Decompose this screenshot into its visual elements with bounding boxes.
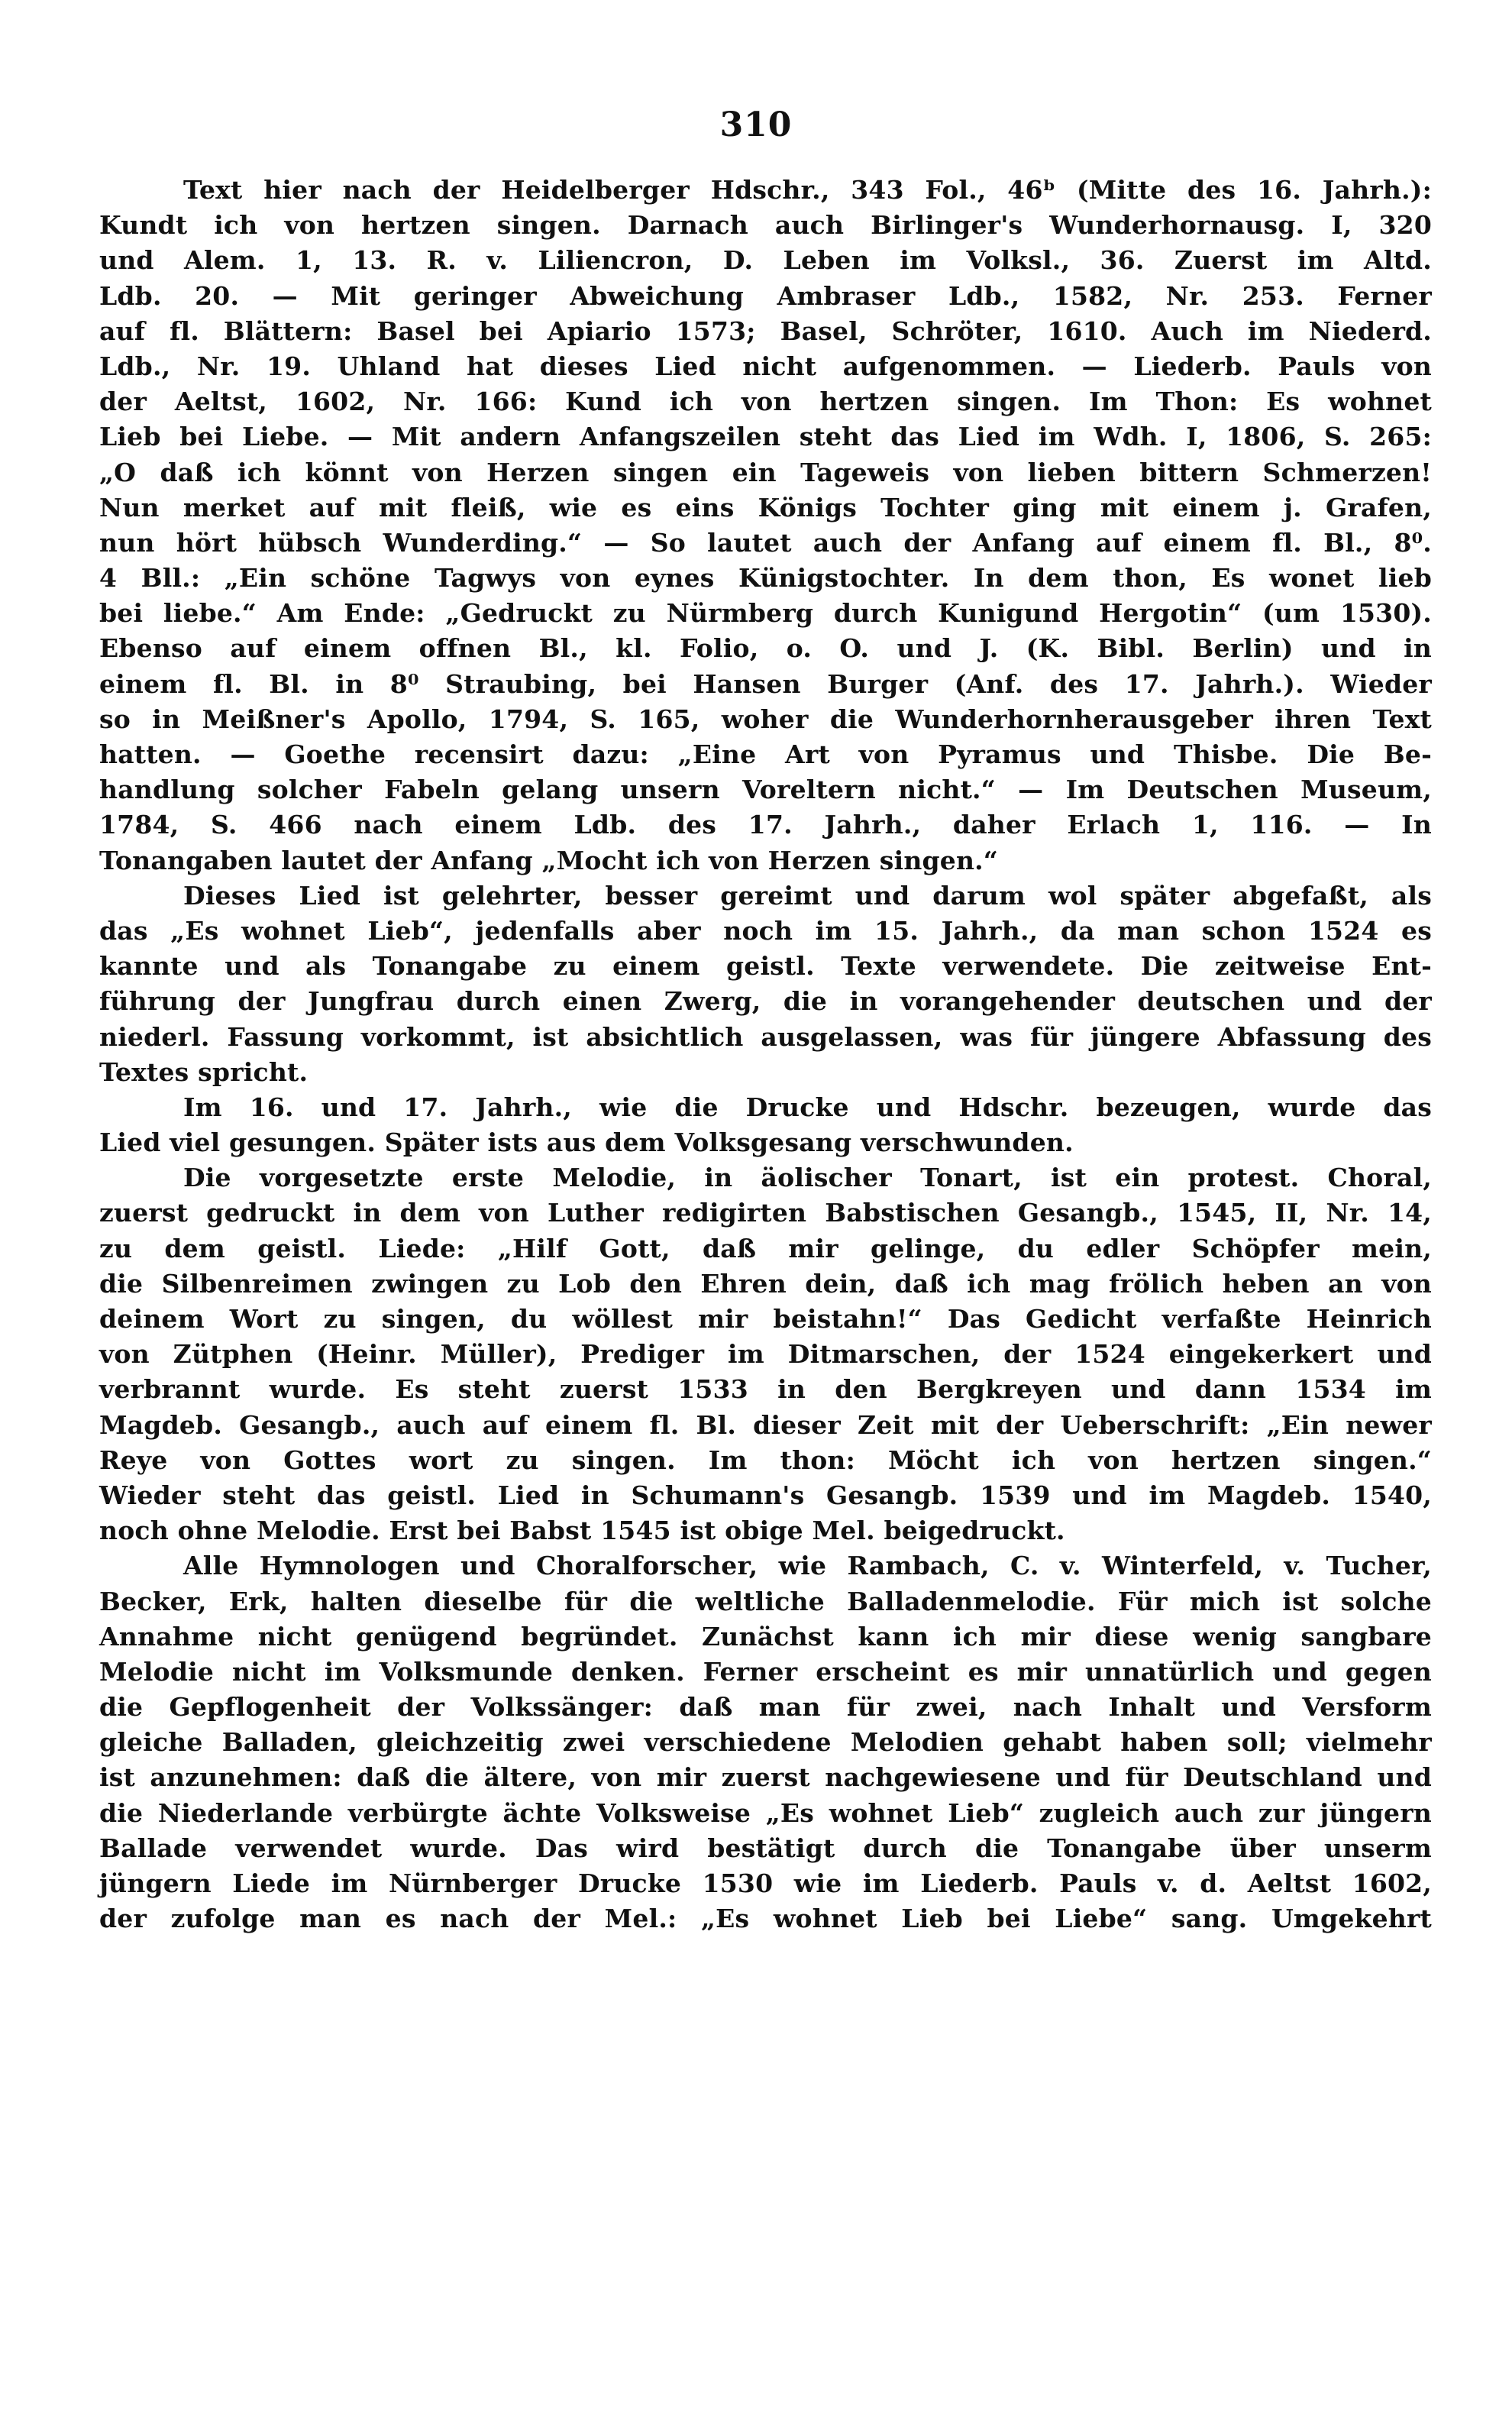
text-line: nun hört hübsch Wunderding.“ — So lautet… [99,526,1432,561]
text-line: Wieder steht das geistl. Lied in Schuman… [99,1478,1432,1513]
text-line: das „Es wohnet Lieb“, jedenfalls aber no… [99,914,1432,949]
text-line: Nun merket auf mit fleiß, wie es eins Kö… [99,490,1432,526]
text-line: kannte und als Tonangabe zu einem geistl… [99,949,1432,984]
text-line: Becker, Erk, halten dieselbe für die wel… [99,1584,1432,1619]
body-text: Text hier nach der Heidelberger Hdschr.,… [99,173,1432,1936]
text-line: noch ohne Melodie. Erst bei Babst 1545 i… [99,1513,1432,1548]
text-line: von Zütphen (Heinr. Müller), Prediger im… [99,1337,1432,1372]
text-line: Kundt ich von hertzen singen. Darnach au… [99,208,1432,243]
text-line: der Aeltst, 1602, Nr. 166: Kund ich von … [99,384,1432,419]
text-line: die Silbenreimen zwingen zu Lob den Ehre… [99,1267,1432,1302]
text-line: hatten. — Goethe recensirt dazu: „Eine A… [99,737,1432,772]
text-line: der zufolge man es nach der Mel.: „Es wo… [99,1901,1432,1936]
paragraph-hymnologists: Alle Hymnologen und Choralforscher, wie … [99,1548,1432,1936]
text-line: die Niederlande verbürgte ächte Volkswei… [99,1796,1432,1831]
paragraph-sources: Text hier nach der Heidelberger Hdschr.,… [99,173,1432,878]
text-line: Dieses Lied ist gelehrter, besser gereim… [99,878,1432,914]
text-line: niederl. Fassung vorkommt, ist absichtli… [99,1020,1432,1055]
paragraph-melody: Die vorgesetzte erste Melodie, in äolisc… [99,1160,1432,1548]
text-line: Tonangaben lautet der Anfang „Mocht ich … [99,843,1432,878]
text-line: deinem Wort zu singen, du wöllest mir be… [99,1302,1432,1337]
text-line: „O daß ich könnt von Herzen singen ein T… [99,455,1432,490]
text-line: jüngern Liede im Nürnberger Drucke 1530 … [99,1866,1432,1901]
text-line: Reye von Gottes wort zu singen. Im thon:… [99,1443,1432,1478]
text-line: Lied viel gesungen. Später ists aus dem … [99,1125,1432,1160]
text-line: führung der Jungfrau durch einen Zwerg, … [99,984,1432,1019]
text-line: einem fl. Bl. in 8⁰ Straubing, bei Hanse… [99,667,1432,702]
text-line: auf fl. Blättern: Basel bei Apiario 1573… [99,314,1432,349]
text-line: ist anzunehmen: daß die ältere, von mir … [99,1760,1432,1795]
text-line: gleiche Balladen, gleichzeitig zwei vers… [99,1725,1432,1760]
text-line: Annahme nicht genügend begründet. Zunäch… [99,1619,1432,1655]
paragraph-popularity: Im 16. und 17. Jahrh., wie die Drucke un… [99,1090,1432,1160]
text-line: die Gepflogenheit der Volkssänger: daß m… [99,1690,1432,1725]
text-line: Ebenso auf einem offnen Bl., kl. Folio, … [99,631,1432,666]
text-line: Magdeb. Gesangb., auch auf einem fl. Bl.… [99,1408,1432,1443]
text-line: Melodie nicht im Volksmunde denken. Fern… [99,1655,1432,1690]
text-line: Textes spricht. [99,1055,1432,1090]
text-line: bei liebe.“ Am Ende: „Gedruckt zu Nürmbe… [99,596,1432,631]
text-line: Lieb bei Liebe. — Mit andern Anfangszeil… [99,419,1432,455]
text-line: so in Meißner's Apollo, 1794, S. 165, wo… [99,702,1432,737]
text-line: 4 Bll.: „Ein schöne Tagwys von eynes Kün… [99,561,1432,596]
text-line: verbrannt wurde. Es steht zuerst 1533 in… [99,1372,1432,1407]
text-line: 1784, S. 466 nach einem Ldb. des 17. Jah… [99,807,1432,843]
text-line: Alle Hymnologen und Choralforscher, wie … [99,1548,1432,1584]
text-line: Die vorgesetzte erste Melodie, in äolisc… [99,1160,1432,1195]
text-line: zu dem geistl. Liede: „Hilf Gott, daß mi… [99,1231,1432,1267]
text-line: Ldb., Nr. 19. Uhland hat dieses Lied nic… [99,349,1432,384]
text-line: Ldb. 20. — Mit geringer Abweichung Ambra… [99,279,1432,314]
text-line: zuerst gedruckt in dem von Luther redigi… [99,1195,1432,1231]
text-line: und Alem. 1, 13. R. v. Liliencron, D. Le… [99,243,1432,278]
text-line: Im 16. und 17. Jahrh., wie die Drucke un… [99,1090,1432,1125]
text-line: handlung solcher Fabeln gelang unsern Vo… [99,772,1432,807]
text-line: Ballade verwendet wurde. Das wird bestät… [99,1831,1432,1866]
paragraph-dating: Dieses Lied ist gelehrter, besser gereim… [99,878,1432,1090]
page-number: 310 [0,105,1512,144]
text-line: Text hier nach der Heidelberger Hdschr.,… [99,173,1432,208]
